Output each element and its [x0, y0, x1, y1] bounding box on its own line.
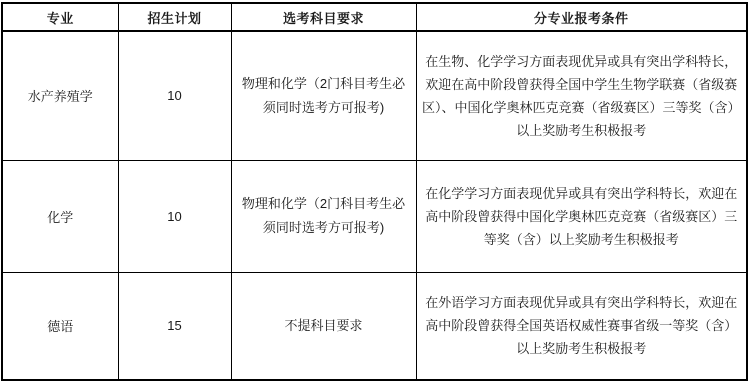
table-body: 水产养殖学 10 物理和化学（2门科目考生必须同时选考方可报考) 在生物、化学学…	[2, 31, 747, 380]
enrollment-plan-cell: 10	[118, 31, 231, 160]
col-header-major: 专业	[2, 3, 118, 31]
col-header-application-conditions: 分专业报考条件	[416, 3, 747, 31]
enrollment-plan-cell: 15	[118, 272, 231, 380]
application-conditions-cell: 在外语学习方面表现优异或具有突出学科特长，欢迎在高中阶段曾获得全国英语权威性赛事…	[416, 272, 747, 380]
table-row: 化学 10 物理和化学（2门科目考生必须同时选考方可报考) 在化学学习方面表现优…	[2, 160, 747, 272]
table-row: 德语 15 不提科目要求 在外语学习方面表现优异或具有突出学科特长，欢迎在高中阶…	[2, 272, 747, 380]
enrollment-plan-cell: 10	[118, 160, 231, 272]
table-header: 专业 招生计划 选考科目要求 分专业报考条件	[2, 3, 747, 31]
page: 专业 招生计划 选考科目要求 分专业报考条件 水产养殖学 10 物理和化学（2门…	[0, 0, 749, 389]
subject-requirements-cell: 物理和化学（2门科目考生必须同时选考方可报考)	[231, 31, 416, 160]
major-cell: 化学	[2, 160, 118, 272]
application-conditions-cell: 在化学学习方面表现优异或具有突出学科特长，欢迎在高中阶段曾获得中国化学奥林匹克竞…	[416, 160, 747, 272]
admissions-table: 专业 招生计划 选考科目要求 分专业报考条件 水产养殖学 10 物理和化学（2门…	[1, 2, 748, 381]
subject-requirements-cell: 物理和化学（2门科目考生必须同时选考方可报考)	[231, 160, 416, 272]
header-row: 专业 招生计划 选考科目要求 分专业报考条件	[2, 3, 747, 31]
major-cell: 水产养殖学	[2, 31, 118, 160]
subject-requirements-cell: 不提科目要求	[231, 272, 416, 380]
application-conditions-cell: 在生物、化学学习方面表现优异或具有突出学科特长，欢迎在高中阶段曾获得全国中学生生…	[416, 31, 747, 160]
major-cell: 德语	[2, 272, 118, 380]
col-header-subject-requirements: 选考科目要求	[231, 3, 416, 31]
table-row: 水产养殖学 10 物理和化学（2门科目考生必须同时选考方可报考) 在生物、化学学…	[2, 31, 747, 160]
col-header-enrollment-plan: 招生计划	[118, 3, 231, 31]
